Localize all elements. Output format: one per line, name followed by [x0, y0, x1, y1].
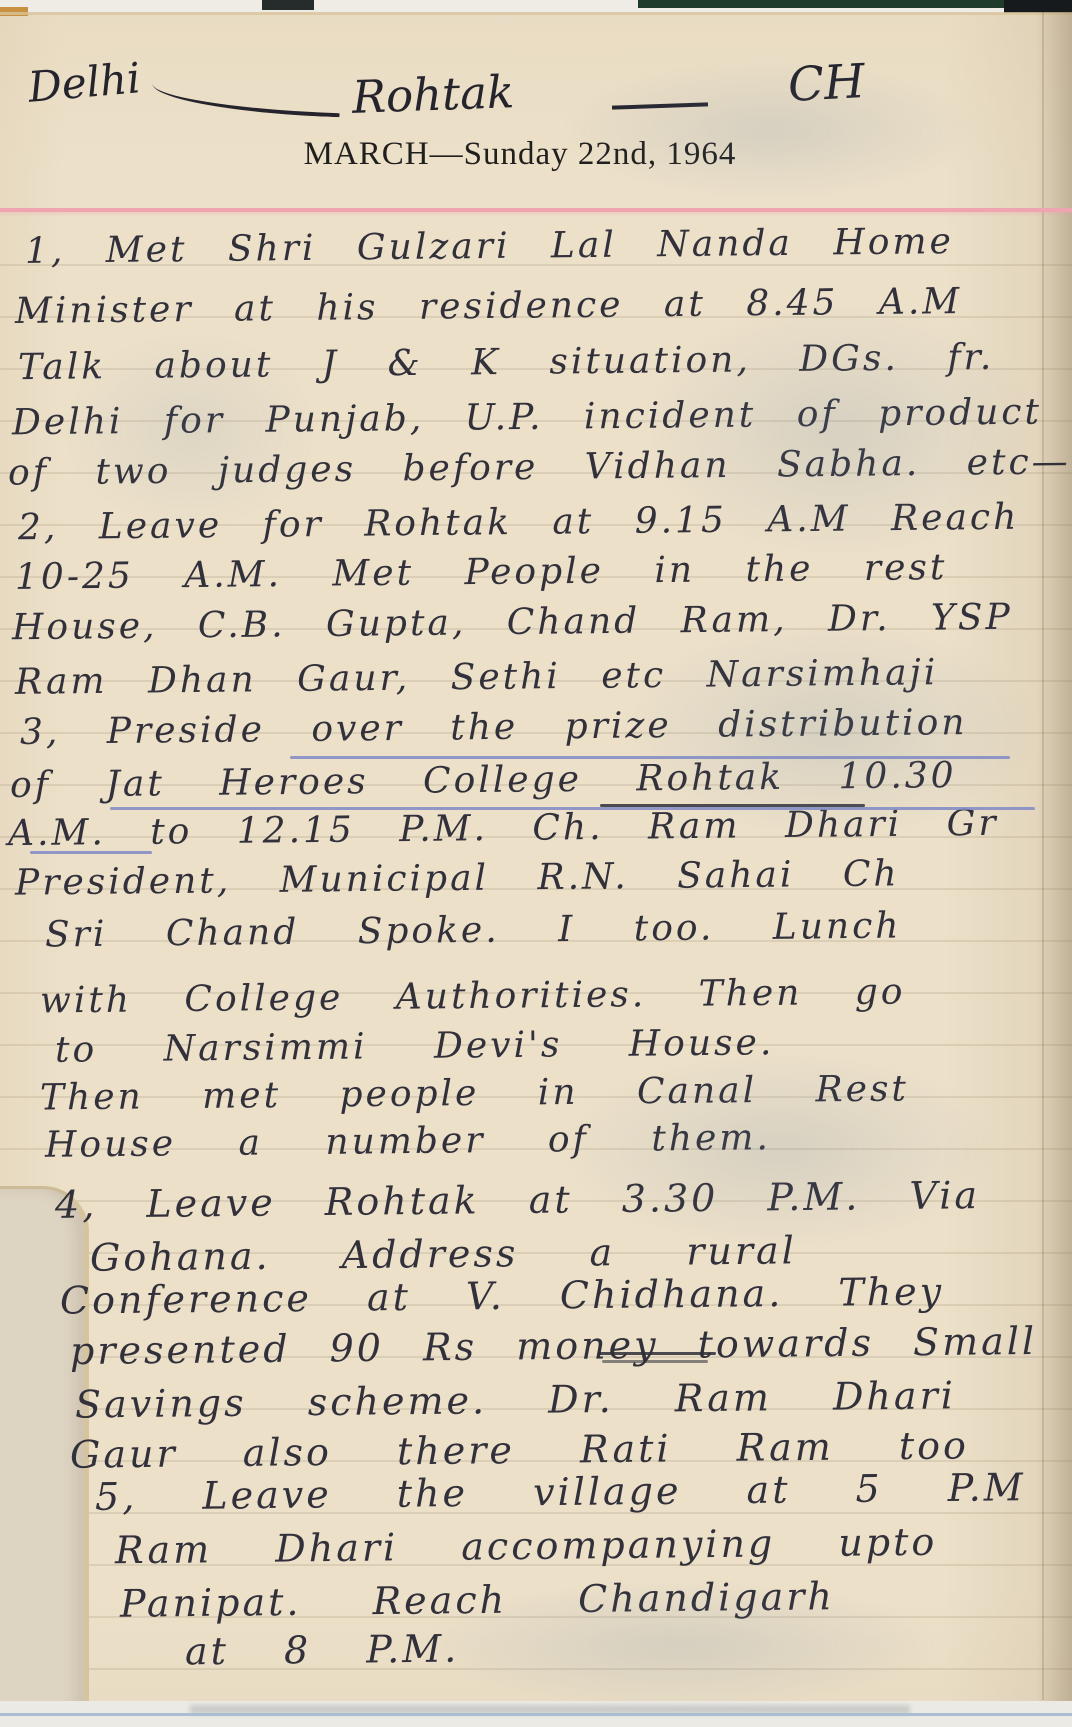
blue-underline: [30, 851, 152, 854]
blue-underline: [290, 756, 1010, 759]
black-underline: [600, 804, 865, 807]
diary-line: House a number of them.: [45, 1117, 771, 1166]
page-fold-line: [0, 12, 1072, 15]
route-note-from: Delhi: [26, 53, 142, 112]
bleed-through-ghost: [560, 60, 980, 200]
next-page-edge-line: [0, 1713, 1072, 1716]
cover-edge-dark: [262, 0, 314, 10]
black-underline: [602, 1360, 708, 1363]
page-gutter-line: [1042, 12, 1044, 1700]
cover-edge-green: [638, 0, 1008, 8]
printed-date-heading: MARCH—Sunday 22nd, 1964: [0, 136, 1040, 173]
diary-line: Savings scheme. Dr. Ram Dhari: [75, 1373, 956, 1426]
diary-line: at 8 P.M.: [185, 1627, 460, 1674]
route-dash-icon: [152, 81, 341, 118]
route-dash-icon: [612, 102, 708, 109]
blue-underline: [110, 807, 1035, 810]
diary-line: to Narsimmi Devi's House.: [55, 1022, 775, 1071]
route-note-to: CH: [787, 54, 867, 113]
header-rule: [0, 208, 1072, 212]
diary-line: Panipat. Reach Chandigarh: [120, 1574, 835, 1625]
diary-line: Ram Dhari accompanying upto: [115, 1520, 938, 1573]
black-underline: [598, 1352, 716, 1355]
diary-line: Conference at V. Chidhana. They: [60, 1269, 945, 1322]
route-note-via: Rohtak: [351, 65, 515, 124]
